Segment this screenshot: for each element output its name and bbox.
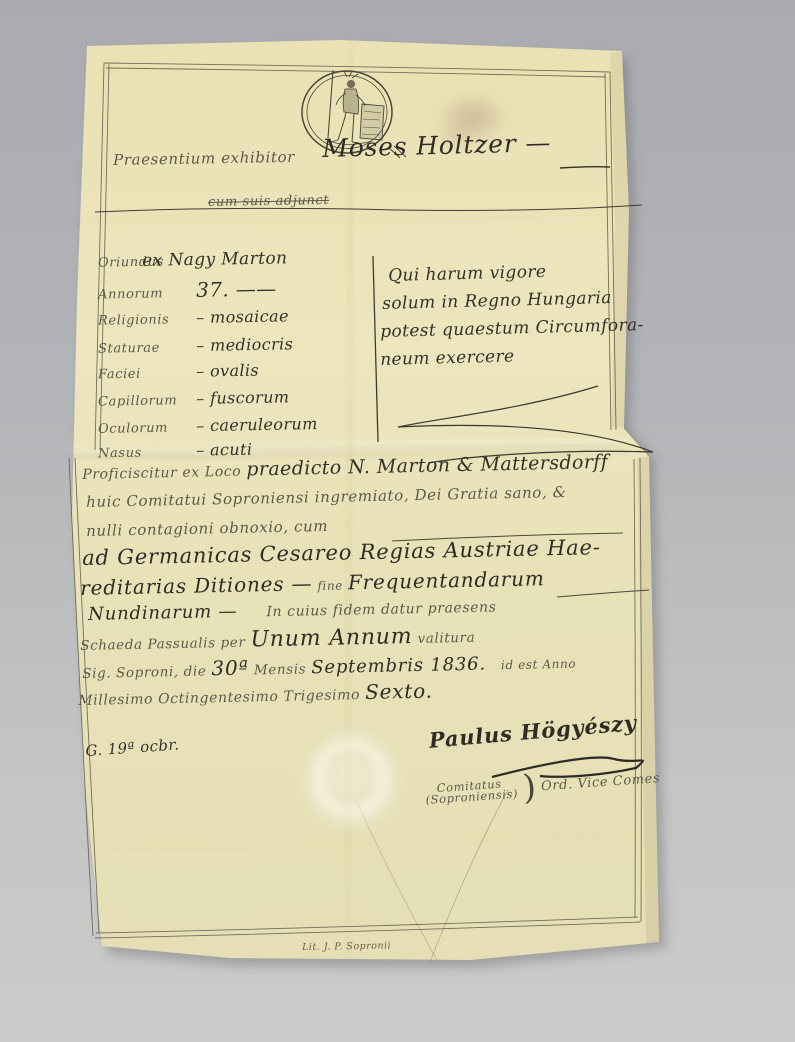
printed-text: Sig. Soproni, die [82, 663, 206, 682]
handwritten-text: 30ª [211, 656, 249, 681]
description-row: Capillorum – fuscorum [98, 387, 290, 409]
photo-of-document: Praesentium exhibitor Moses Holtzer — cu… [0, 0, 795, 1042]
field-value: 37. —— [196, 276, 277, 301]
field-value: – fuscorum [196, 387, 290, 408]
field-label: Annorum [98, 286, 192, 303]
field-value: – mosaicae [196, 306, 289, 327]
printer-imprint: Lit. J. P. Sopronii [302, 941, 391, 952]
field-label: Capillorum [98, 393, 192, 410]
office-rank: Ord. Vice Comes [541, 771, 661, 794]
field-value: – caeruleorum [196, 414, 318, 435]
description-row: Oculorum – caeruleorum [98, 414, 318, 437]
description-row: Nasus – acuti [98, 440, 253, 462]
field-value: – mediocris [196, 334, 293, 355]
printed-text: valitura [417, 630, 475, 647]
brace-glyph: ) [521, 767, 537, 808]
handwritten-text: Frequentandarum [348, 566, 545, 594]
printed-text: Proficiscitur ex Loco [82, 464, 241, 483]
printed-text: fine [317, 578, 343, 593]
field-value: – ovalis [196, 361, 259, 381]
field-label: Nasus [98, 445, 192, 462]
field-label: Religionis [98, 312, 192, 329]
validity-note-line: neum exercere [380, 348, 515, 369]
description-row: Staturae – mediocris [98, 334, 294, 356]
handwritten-text: Septembris 1836. [311, 654, 486, 679]
bearer-name: Moses Holtzer — [322, 130, 551, 161]
form-label-praesentium-exhibitor: Praesentium exhibitor [113, 150, 295, 168]
description-row: Annorum 37. —— [98, 276, 277, 303]
description-row: Religionis – mosaicae [98, 306, 289, 328]
field-label: Staturae [98, 340, 192, 357]
blind-embossed-seal-icon [303, 731, 399, 827]
printed-text: Schaeda Passualis per [80, 635, 245, 654]
office-line: (Soproniensis) [425, 788, 518, 806]
field-label: Oculorum [98, 420, 192, 437]
printed-text: Mensis [254, 661, 307, 678]
handwritten-text: Nundinarum — [88, 601, 238, 625]
description-row: Faciei – ovalis [98, 361, 259, 383]
struck-out-adjunct-text: cum suis adjunct [208, 194, 329, 209]
field-label: Faciei [98, 366, 192, 383]
printed-text: id est Anno [501, 657, 576, 673]
description-row: Oriundus ex Nagy Marton [98, 248, 288, 271]
handwritten-text: reditarias Ditiones — [80, 571, 313, 600]
validity-note-line: Qui harum vigore [388, 264, 547, 285]
field-value: – acuti [196, 440, 253, 460]
handwritten-text: Unum Annum [250, 624, 412, 652]
field-label: Oriundus [98, 255, 138, 271]
field-value: ex Nagy Marton [142, 248, 288, 271]
handwritten-text: Sexto. [365, 679, 433, 704]
